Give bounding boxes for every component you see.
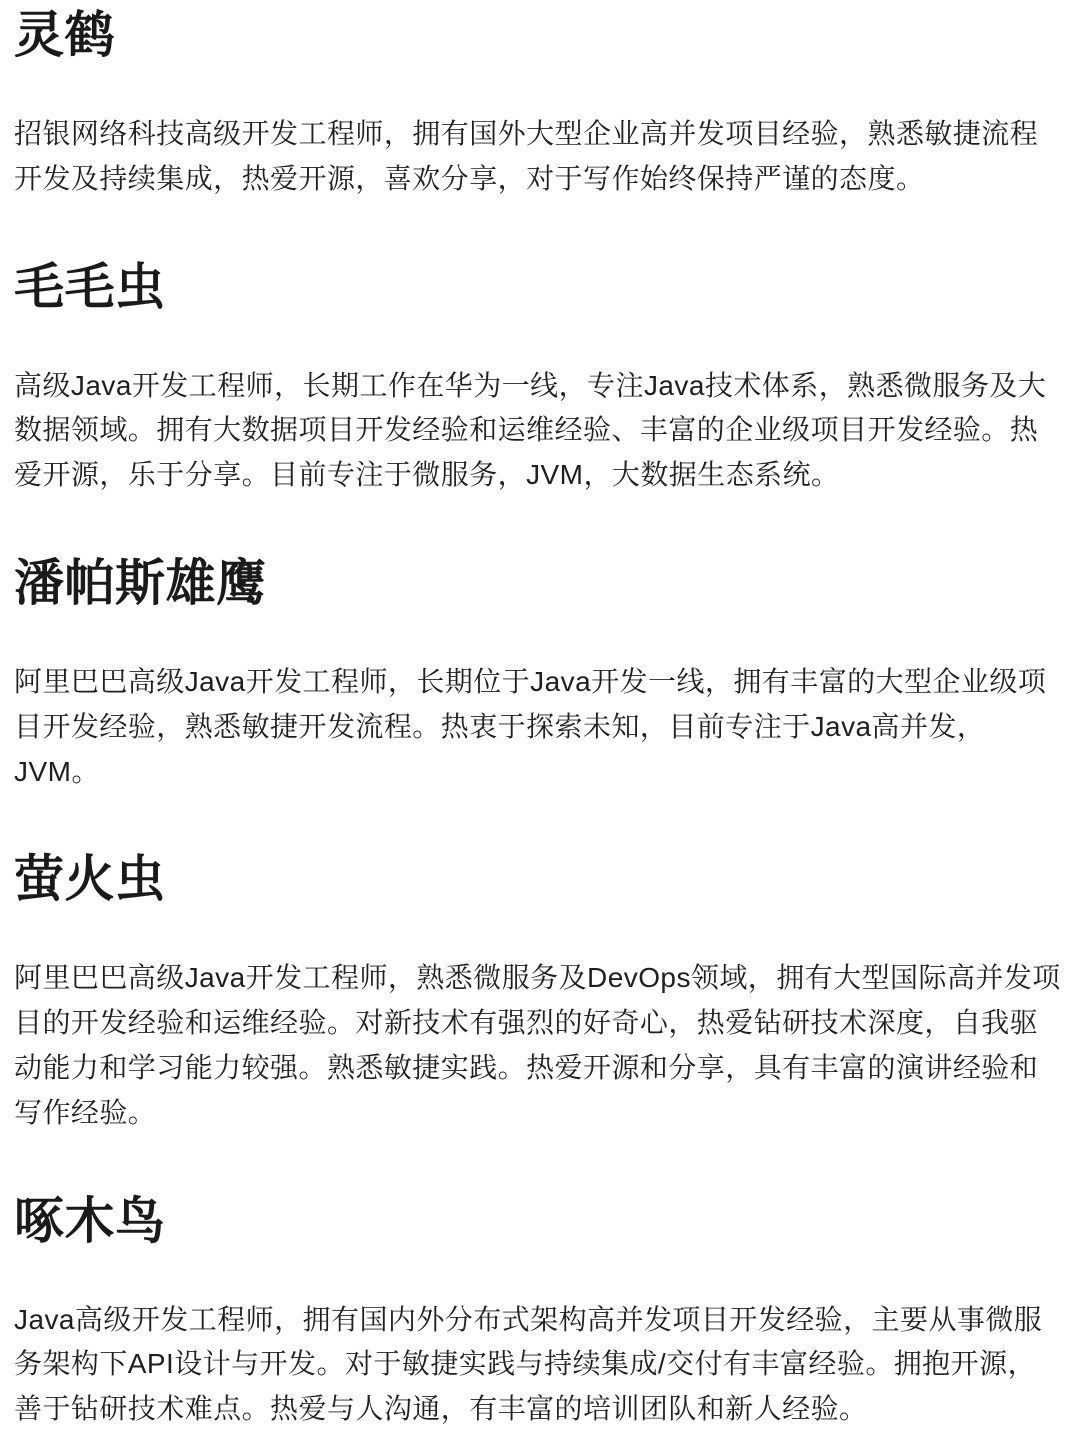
author-section: 萤火虫 阿里巴巴高级Java开发工程师，熟悉微服务及DevOps领域，拥有大型国… bbox=[14, 849, 1064, 1135]
author-bio: Java高级开发工程师，拥有国内外分布式架构高并发项目开发经验，主要从事微服务架… bbox=[14, 1298, 1064, 1432]
page-background: { "page": { "background_color": "#ffffff… bbox=[0, 0, 1080, 1452]
author-name-heading: 潘帕斯雄鹰 bbox=[14, 553, 1064, 613]
author-name-heading: 毛毛虫 bbox=[14, 257, 1064, 317]
authors-page: 灵鹤 招银网络科技高级开发工程师，拥有国外大型企业高并发项目经验，熟悉敏捷流程开… bbox=[14, 5, 1064, 1432]
author-bio: 阿里巴巴高级Java开发工程师，长期位于Java开发一线，拥有丰富的大型企业级项… bbox=[14, 660, 1064, 794]
author-section: 啄木鸟 Java高级开发工程师，拥有国内外分布式架构高并发项目开发经验，主要从事… bbox=[14, 1191, 1064, 1432]
author-section: 潘帕斯雄鹰 阿里巴巴高级Java开发工程师，长期位于Java开发一线，拥有丰富的… bbox=[14, 553, 1064, 794]
author-section: 毛毛虫 高级Java开发工程师，长期工作在华为一线，专注Java技术体系，熟悉微… bbox=[14, 257, 1064, 498]
author-name-heading: 灵鹤 bbox=[14, 5, 1064, 65]
author-name-heading: 萤火虫 bbox=[14, 849, 1064, 909]
author-bio: 高级Java开发工程师，长期工作在华为一线，专注Java技术体系，熟悉微服务及大… bbox=[14, 364, 1064, 498]
author-section: 灵鹤 招银网络科技高级开发工程师，拥有国外大型企业高并发项目经验，熟悉敏捷流程开… bbox=[14, 5, 1064, 202]
author-bio: 阿里巴巴高级Java开发工程师，熟悉微服务及DevOps领域，拥有大型国际高并发… bbox=[14, 956, 1064, 1135]
author-name-heading: 啄木鸟 bbox=[14, 1191, 1064, 1251]
author-bio: 招银网络科技高级开发工程师，拥有国外大型企业高并发项目经验，熟悉敏捷流程开发及持… bbox=[14, 112, 1064, 202]
